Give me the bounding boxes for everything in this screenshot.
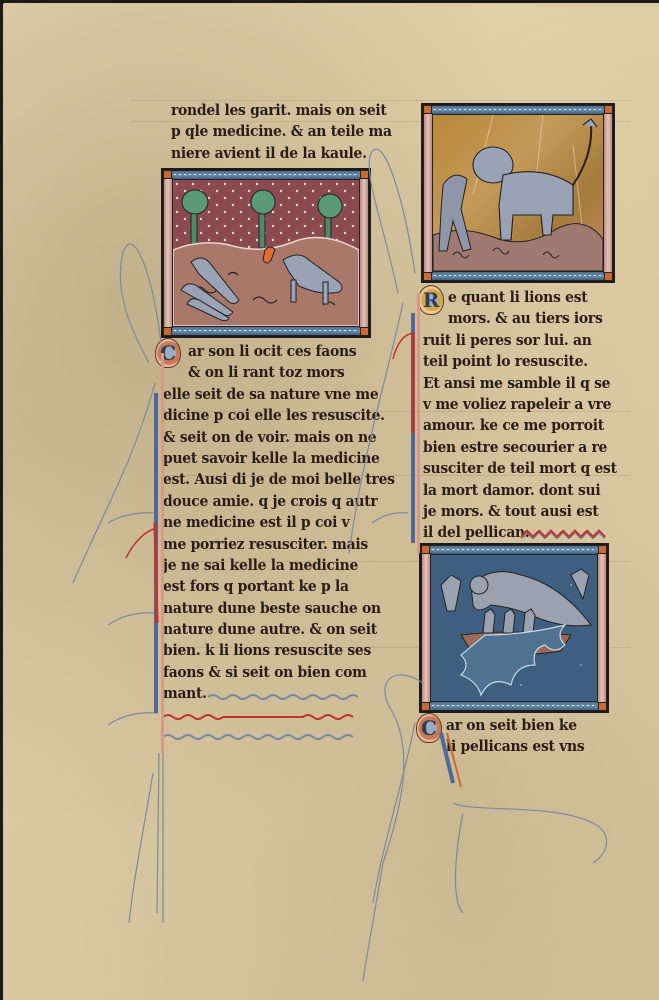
line-filler-blue <box>163 733 358 741</box>
frame-corner <box>598 545 607 554</box>
text-line: amour. ke ce me porroit <box>423 415 617 436</box>
marginal-penwork-flourish-bottom <box>353 663 613 983</box>
text-line: rondel les garit. mais on seit <box>171 100 392 121</box>
text-line: bien. k li lions resuscite ses <box>163 640 395 661</box>
line-filler-red <box>163 713 358 721</box>
frame-border-top <box>171 170 361 180</box>
right-column-paragraph-1: e quant li lions est mors. & au tiers io… <box>423 287 625 544</box>
text-line: teil point lo resuscite. <box>423 351 617 372</box>
miniature-lion-and-cubs <box>421 103 615 283</box>
frame-corner <box>604 105 613 114</box>
line-filler-blue <box>208 693 358 701</box>
text-line: la mort damor. dont sui <box>423 480 617 501</box>
miniature-field <box>433 115 603 271</box>
frame-corner <box>604 272 613 281</box>
lion-illustration <box>433 115 603 271</box>
text-line: v me voliez rapeleir a vre <box>423 394 617 415</box>
animals-illustration <box>173 180 359 326</box>
frame-border-top <box>431 105 605 115</box>
text-line: susciter de teil mort q est <box>423 458 617 479</box>
line-filler-zigzag <box>521 529 606 539</box>
miniature-field <box>173 180 359 326</box>
frame-corner <box>423 105 432 114</box>
text-line: Et ansi me samble il q se <box>423 373 617 394</box>
text-line: est fors q portant ke p la <box>163 576 395 597</box>
text-line: nature dune autre. & on seit <box>163 619 395 640</box>
frame-border-top <box>429 545 599 555</box>
text-line: bien estre secourier a re <box>423 437 617 458</box>
text-line: nature dune beste sauche on <box>163 598 395 619</box>
text-line: ruit li peres sor lui. an <box>423 330 617 351</box>
text-line: mors. & au tiers iors <box>423 308 617 329</box>
text-line: je mors. & tout ausi est <box>423 501 617 522</box>
marginal-penwork-flourish-center <box>343 133 433 563</box>
miniature-animals-reviving-young <box>161 168 371 338</box>
text-line: e quant li lions est <box>423 287 617 308</box>
marginal-penwork-flourish-left <box>63 213 173 933</box>
frame-border-right <box>603 113 613 273</box>
frame-border-bottom <box>171 326 361 336</box>
frame-border-bottom <box>431 271 605 281</box>
manuscript-folio: rondel les garit. mais on seit p qle med… <box>3 3 659 1000</box>
frame-corner <box>163 170 172 179</box>
